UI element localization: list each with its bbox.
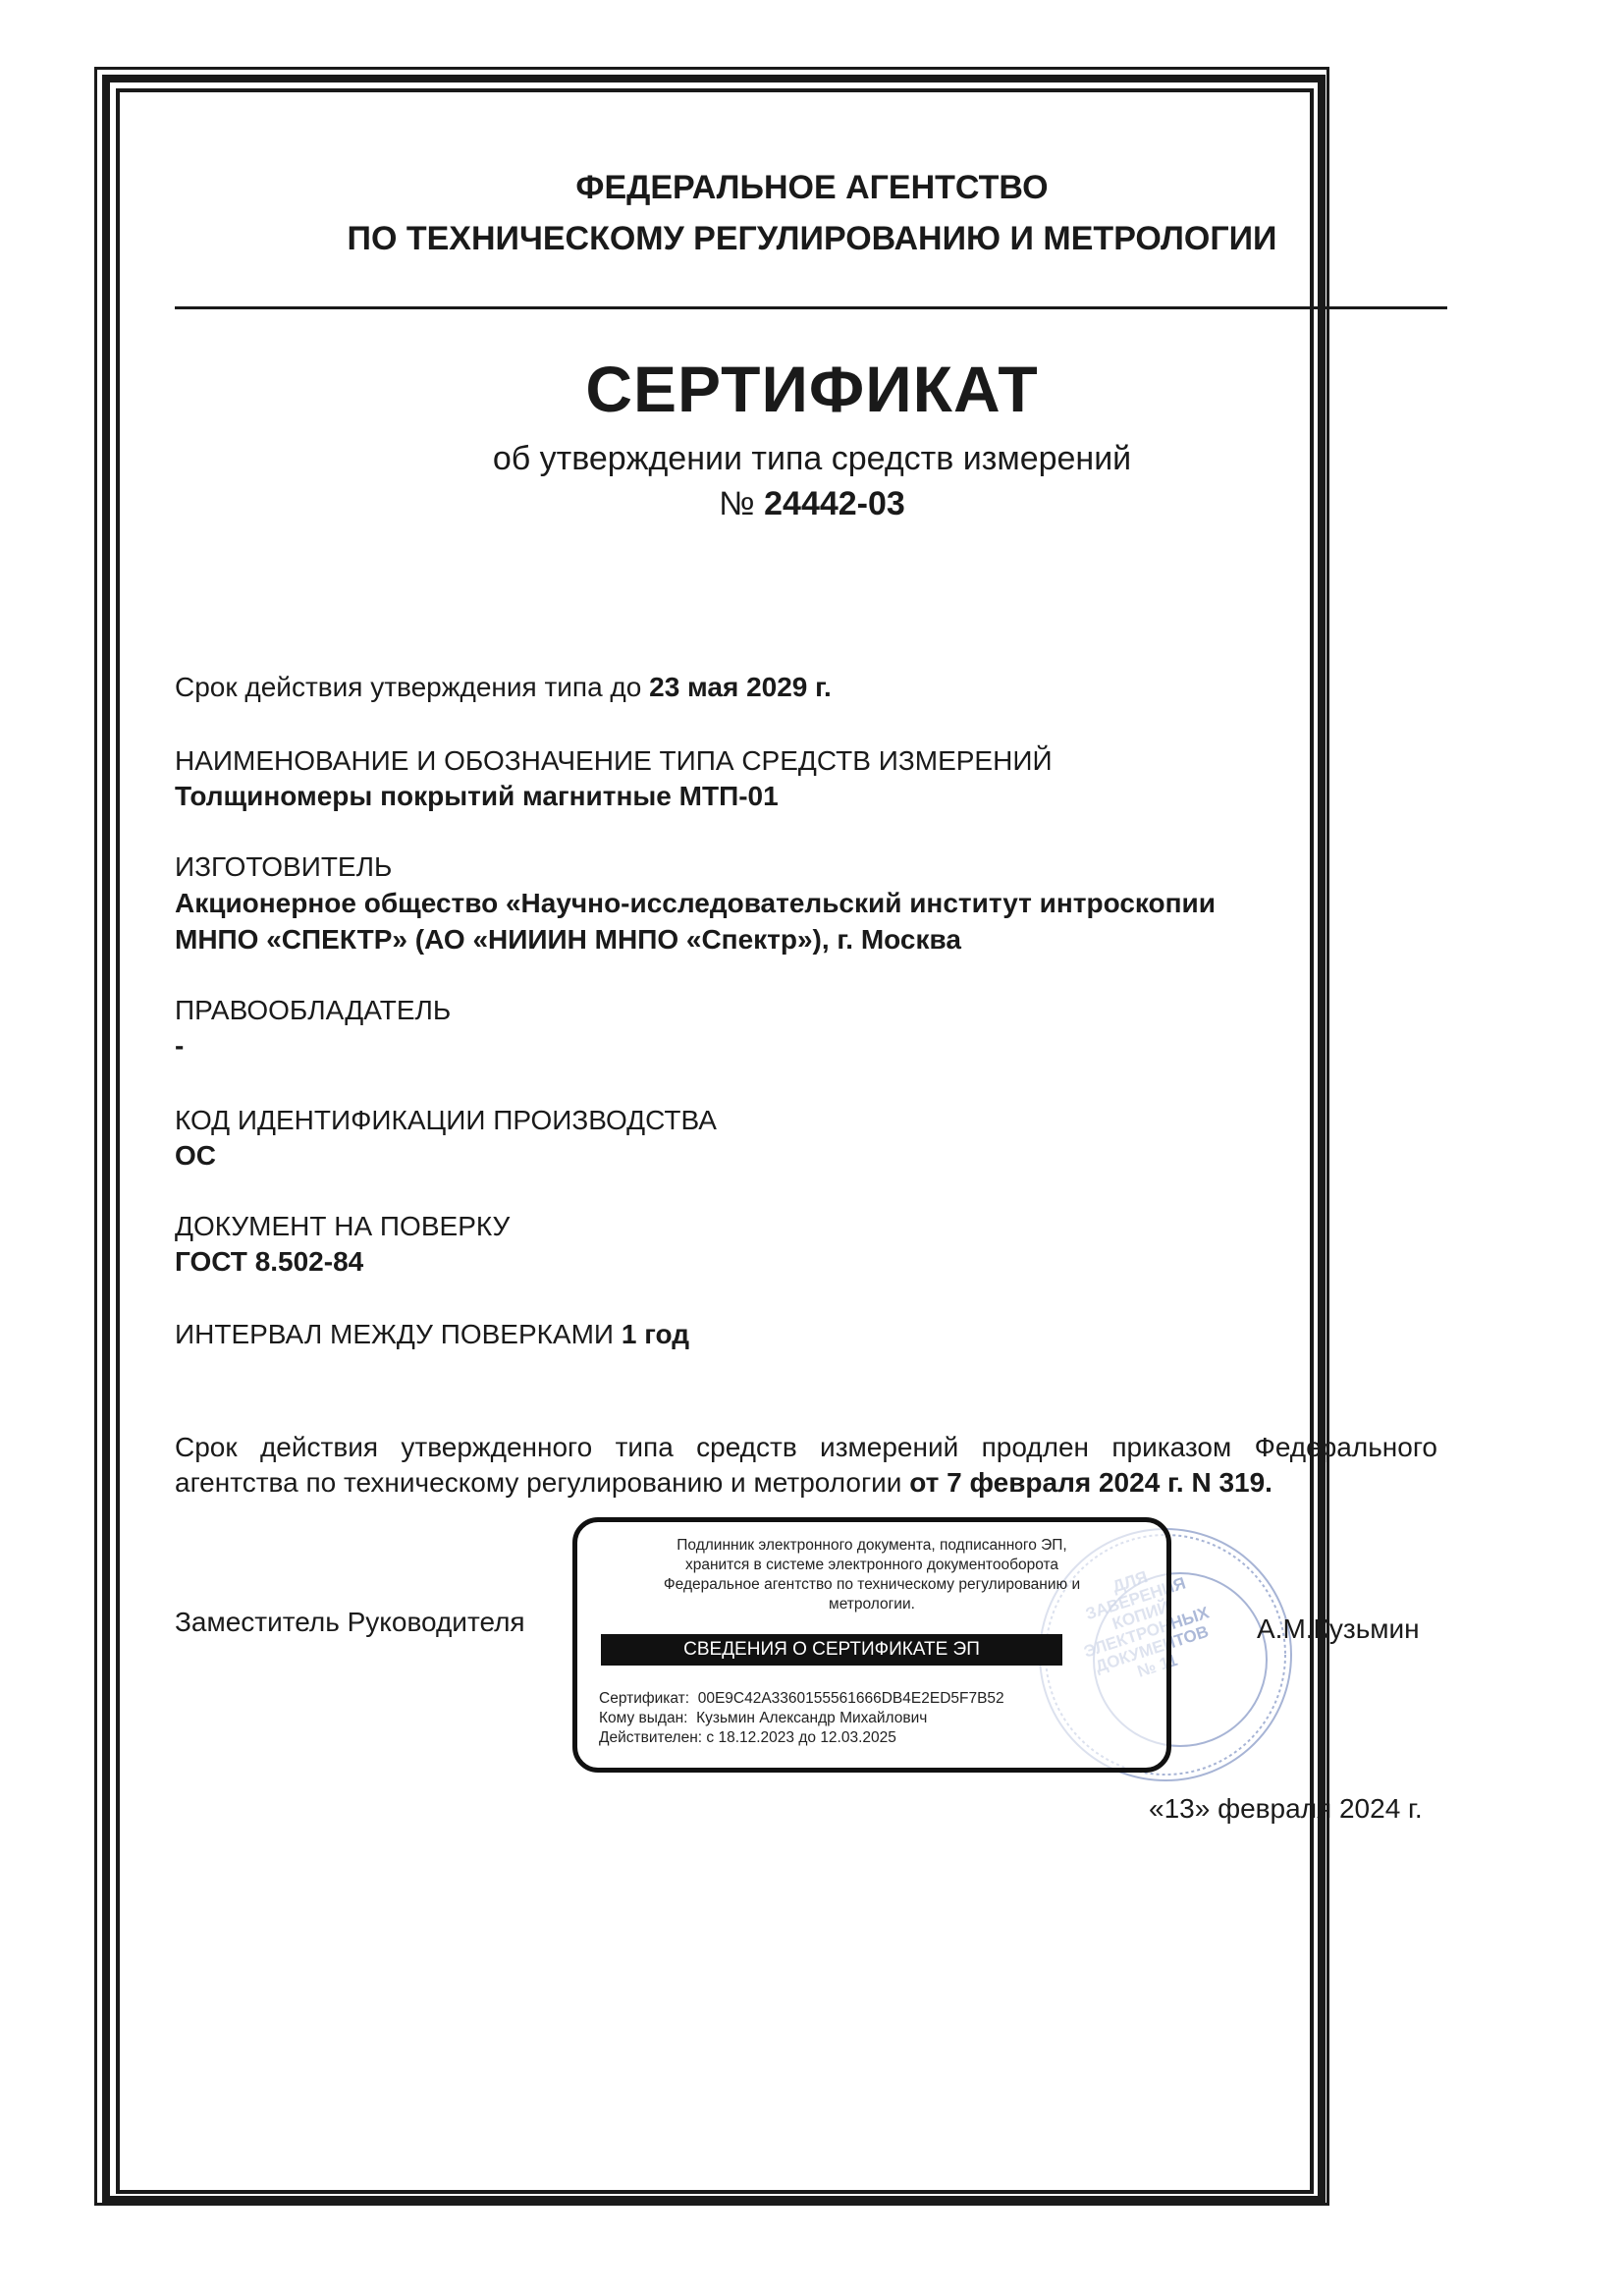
extension-line-1: Срок действия утвержденного типа средств…: [175, 1432, 1437, 1462]
field-label-rightholder: ПРАВООБЛАДАТЕЛЬ: [175, 994, 451, 1027]
agency-line-1: ФЕДЕРАЛЬНОЕ АГЕНТСТВО: [0, 162, 1624, 213]
field-label-manufacturer: ИЗГОТОВИТЕЛЬ: [175, 850, 392, 884]
issued-to-row: Кому выдан: Кузьмин Александр Михайлович: [599, 1709, 1004, 1728]
extension-paragraph: Срок действия утвержденного типа средств…: [175, 1430, 1437, 1501]
field-value-verification-doc: ГОСТ 8.502-84: [175, 1245, 363, 1279]
field-label-verification-doc: ДОКУМЕНТ НА ПОВЕРКУ: [175, 1210, 510, 1243]
field-value-type-name: Толщиномеры покрытий магнитные МТП-01: [175, 780, 779, 813]
extension-line-2-text: агентства по техническому регулированию …: [175, 1467, 901, 1498]
certificate-label: Сертификат:: [599, 1690, 689, 1707]
interval-row: ИНТЕРВАЛ МЕЖДУ ПОВЕРКАМИ 1 год: [175, 1318, 689, 1351]
signer-name: А.М.Кузьмин: [1257, 1613, 1420, 1645]
signer-role: Заместитель Руководителя: [175, 1607, 525, 1638]
valid-label: Действителен:: [599, 1729, 702, 1746]
field-value-manufacturer-1: Акционерное общество «Научно-исследовате…: [175, 887, 1216, 920]
header-divider: [175, 306, 1447, 309]
agency-header: ФЕДЕРАЛЬНОЕ АГЕНТСТВО ПО ТЕХНИЧЕСКОМУ РЕ…: [0, 162, 1624, 264]
field-value-production-code: ОС: [175, 1139, 216, 1173]
field-value-rightholder: -: [175, 1029, 184, 1063]
document-title: СЕРТИФИКАТ: [0, 352, 1624, 426]
field-label-type-name: НАИМЕНОВАНИЕ И ОБОЗНАЧЕНИЕ ТИПА СРЕДСТВ …: [175, 744, 1053, 778]
e-signature-header-line: хранится в системе электронного документ…: [577, 1556, 1166, 1575]
agency-line-2: ПО ТЕХНИЧЕСКОМУ РЕГУЛИРОВАНИЮ И МЕТРОЛОГ…: [0, 213, 1624, 264]
e-signature-box: Подлинник электронного документа, подпис…: [572, 1517, 1171, 1773]
number-value: 24442-03: [764, 485, 905, 522]
validity-row: Срок действия утверждения типа до 23 мая…: [175, 671, 832, 704]
certificate-row: Сертификат: 00E9C42A3360155561666DB4E2ED…: [599, 1689, 1004, 1709]
signature-date: «13» февраля 2024 г.: [1149, 1793, 1423, 1825]
issued-to-value: Кузьмин Александр Михайлович: [696, 1710, 927, 1726]
valid-value: с 18.12.2023 до 12.03.2025: [706, 1729, 896, 1746]
document-subtitle: об утверждении типа средств измерений: [0, 440, 1624, 478]
validity-label: Срок действия утверждения типа до: [175, 672, 641, 702]
e-signature-header-line: метрологии.: [577, 1595, 1166, 1614]
field-value-manufacturer-2: МНПО «СПЕКТР» (АО «НИИИН МНПО «Спектр»),…: [175, 923, 961, 957]
extension-line-2: агентства по техническому регулированию …: [175, 1465, 1437, 1501]
e-signature-details: Сертификат: 00E9C42A3360155561666DB4E2ED…: [599, 1689, 1004, 1748]
certificate-number: № 24442-03: [0, 485, 1624, 523]
issued-to-label: Кому выдан:: [599, 1710, 687, 1726]
field-label-production-code: КОД ИДЕНТИФИКАЦИИ ПРОИЗВОДСТВА: [175, 1104, 717, 1137]
number-prefix: №: [719, 485, 754, 522]
e-signature-bar-title: СВЕДЕНИЯ О СЕРТИФИКАТЕ ЭП: [601, 1634, 1062, 1666]
interval-label: ИНТЕРВАЛ МЕЖДУ ПОВЕРКАМИ: [175, 1319, 614, 1349]
e-signature-header-line: Подлинник электронного документа, подпис…: [577, 1536, 1166, 1556]
e-signature-header: Подлинник электронного документа, подпис…: [577, 1536, 1166, 1614]
certificate-value: 00E9C42A3360155561666DB4E2ED5F7B52: [698, 1690, 1004, 1707]
e-signature-header-line: Федеральное агентство по техническому ре…: [577, 1575, 1166, 1595]
valid-row: Действителен: с 18.12.2023 до 12.03.2025: [599, 1728, 1004, 1748]
extension-order-ref: от 7 февраля 2024 г. N 319.: [909, 1467, 1272, 1498]
validity-value: 23 мая 2029 г.: [649, 672, 832, 702]
interval-value: 1 год: [622, 1319, 689, 1349]
